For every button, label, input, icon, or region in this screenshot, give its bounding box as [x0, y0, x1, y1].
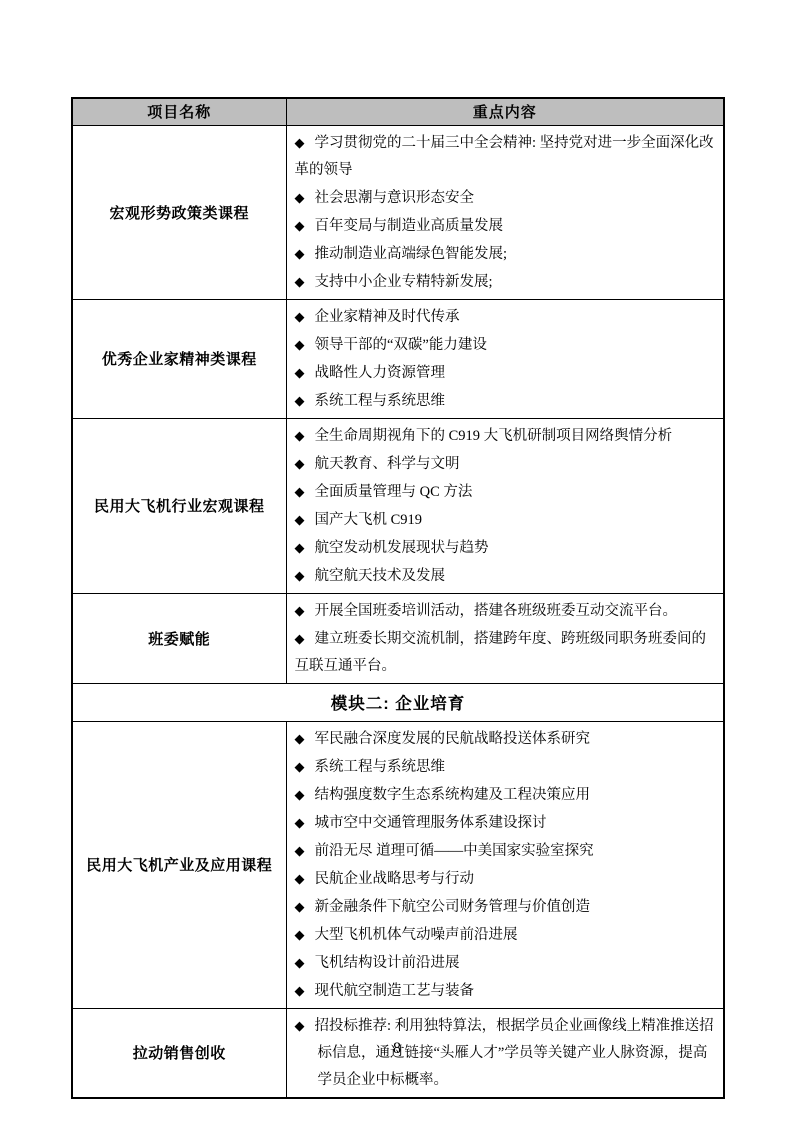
bullet-item: ◆百年变局与制造业高质量发展 [295, 212, 715, 240]
bullet-item-text: 建立班委长期交流机制，搭建跨年度、跨班级同职务班委间的互联互通平台。 [295, 631, 707, 674]
bullet-item: ◆新金融条件下航空公司财务管理与价值创造 [295, 893, 715, 921]
diamond-bullet-icon: ◆ [295, 274, 305, 289]
diamond-bullet-icon: ◆ [295, 309, 305, 324]
bullet-item-text: 飞机结构设计前沿进展 [315, 955, 460, 971]
bullet-item: ◆开展全国班委培训活动，搭建各班级班委互动交流平台。 [295, 597, 715, 625]
bullet-item: ◆航空航天技术及发展 [295, 562, 715, 590]
bullet-item: ◆军民融合深度发展的民航战略投送体系研究 [295, 725, 715, 753]
diamond-bullet-icon: ◆ [295, 843, 305, 858]
bullet-item-text: 战略性人力资源管理 [315, 365, 446, 381]
bullet-item-text: 开展全国班委培训活动，搭建各班级班委互动交流平台。 [315, 603, 678, 619]
diamond-bullet-icon: ◆ [295, 955, 305, 970]
row-content: ◆开展全国班委培训活动，搭建各班级班委互动交流平台。◆建立班委长期交流机制，搭建… [286, 593, 724, 683]
bullet-item-text: 航空发动机发展现状与趋势 [315, 540, 489, 556]
bullet-item-text: 结构强度数字生态系统构建及工程决策应用 [315, 787, 591, 803]
diamond-bullet-icon: ◆ [295, 393, 305, 408]
section-header: 模块二: 企业培育 [72, 683, 724, 721]
course-program-table: 项目名称 重点内容 宏观形势政策类课程 ◆学习贯彻党的二十届三中全会精神: 坚持… [71, 97, 725, 1099]
diamond-bullet-icon: ◆ [295, 456, 305, 471]
bullet-item-text: 百年变局与制造业高质量发展 [315, 218, 504, 234]
table-row: 宏观形势政策类课程 ◆学习贯彻党的二十届三中全会精神: 坚持党对进一步全面深化改… [72, 125, 724, 299]
bullet-item-text: 支持中小企业专精特新发展; [315, 274, 493, 290]
row-label: 民用大飞机产业及应用课程 [72, 721, 286, 1008]
bullet-item: ◆战略性人力资源管理 [295, 359, 715, 387]
bullet-item-text: 系统工程与系统思维 [315, 759, 446, 775]
diamond-bullet-icon: ◆ [295, 135, 305, 150]
bullet-item: ◆推动制造业高端绿色智能发展; [295, 240, 715, 268]
diamond-bullet-icon: ◆ [295, 190, 305, 205]
bullet-item: ◆建立班委长期交流机制，搭建跨年度、跨班级同职务班委间的互联互通平台。 [295, 625, 715, 680]
bullet-item: ◆航天教育、科学与文明 [295, 450, 715, 478]
bullet-item: ◆大型飞机机体气动噪声前沿进展 [295, 921, 715, 949]
bullet-item-text: 军民融合深度发展的民航战略投送体系研究 [315, 731, 591, 747]
bullet-item: ◆飞机结构设计前沿进展 [295, 949, 715, 977]
bullet-item-text: 社会思潮与意识形态安全 [315, 190, 475, 206]
bullet-item-text: 现代航空制造工艺与装备 [315, 983, 475, 999]
diamond-bullet-icon: ◆ [295, 568, 305, 583]
bullet-item: ◆国产大飞机 C919 [295, 506, 715, 534]
row-label: 班委赋能 [72, 593, 286, 683]
row-label: 宏观形势政策类课程 [72, 125, 286, 299]
table-header-row: 项目名称 重点内容 [72, 98, 724, 125]
diamond-bullet-icon: ◆ [295, 983, 305, 998]
row-content: ◆全生命周期视角下的 C919 大飞机研制项目网络舆情分析◆航天教育、科学与文明… [286, 418, 724, 593]
bullet-item: ◆前沿无尽 道理可循——中美国家实验室探究 [295, 837, 715, 865]
bullet-item-text: 系统工程与系统思维 [315, 393, 446, 409]
bullet-item: ◆企业家精神及时代传承 [295, 303, 715, 331]
section-header-row: 模块二: 企业培育 [72, 683, 724, 721]
row-label: 优秀企业家精神类课程 [72, 299, 286, 418]
diamond-bullet-icon: ◆ [295, 787, 305, 802]
diamond-bullet-icon: ◆ [295, 365, 305, 380]
bullet-item-text: 城市空中交通管理服务体系建设探讨 [315, 815, 547, 831]
bullet-item-text: 大型飞机机体气动噪声前沿进展 [315, 927, 518, 943]
bullet-item-text: 民航企业战略思考与行动 [315, 871, 475, 887]
bullet-item: ◆城市空中交通管理服务体系建设探讨 [295, 809, 715, 837]
diamond-bullet-icon: ◆ [295, 512, 305, 527]
diamond-bullet-icon: ◆ [295, 218, 305, 233]
diamond-bullet-icon: ◆ [295, 731, 305, 746]
diamond-bullet-icon: ◆ [295, 927, 305, 942]
diamond-bullet-icon: ◆ [295, 631, 305, 646]
bullet-item-text: 全面质量管理与 QC 方法 [315, 484, 473, 500]
bullet-item-text: 新金融条件下航空公司财务管理与价值创造 [315, 899, 591, 915]
table-row: 民用大飞机产业及应用课程 ◆军民融合深度发展的民航战略投送体系研究◆系统工程与系… [72, 721, 724, 1008]
bullet-item-text: 国产大飞机 C919 [315, 512, 423, 528]
diamond-bullet-icon: ◆ [295, 603, 305, 618]
bullet-item: ◆领导干部的“双碳”能力建设 [295, 331, 715, 359]
row-content: ◆军民融合深度发展的民航战略投送体系研究◆系统工程与系统思维◆结构强度数字生态系… [286, 721, 724, 1008]
bullet-item: ◆全面质量管理与 QC 方法 [295, 478, 715, 506]
bullet-item: ◆社会思潮与意识形态安全 [295, 184, 715, 212]
diamond-bullet-icon: ◆ [295, 815, 305, 830]
bullet-item: ◆系统工程与系统思维 [295, 387, 715, 415]
bullet-item: ◆全生命周期视角下的 C919 大飞机研制项目网络舆情分析 [295, 422, 715, 450]
bullet-item-text: 推动制造业高端绿色智能发展; [315, 246, 508, 262]
diamond-bullet-icon: ◆ [295, 1018, 305, 1033]
row-label: 民用大飞机行业宏观课程 [72, 418, 286, 593]
table-row: 优秀企业家精神类课程 ◆企业家精神及时代传承◆领导干部的“双碳”能力建设◆战略性… [72, 299, 724, 418]
bullet-item: ◆航空发动机发展现状与趋势 [295, 534, 715, 562]
row-content: ◆企业家精神及时代传承◆领导干部的“双碳”能力建设◆战略性人力资源管理◆系统工程… [286, 299, 724, 418]
row-content: ◆学习贯彻党的二十届三中全会精神: 坚持党对进一步全面深化改革的领导◆社会思潮与… [286, 125, 724, 299]
diamond-bullet-icon: ◆ [295, 759, 305, 774]
bullet-item: ◆支持中小企业专精特新发展; [295, 268, 715, 296]
diamond-bullet-icon: ◆ [295, 871, 305, 886]
bullet-item-text: 学习贯彻党的二十届三中全会精神: 坚持党对进一步全面深化改革的领导 [295, 135, 714, 178]
header-project-name: 项目名称 [72, 98, 286, 125]
bullet-item: ◆学习贯彻党的二十届三中全会精神: 坚持党对进一步全面深化改革的领导 [295, 129, 715, 184]
diamond-bullet-icon: ◆ [295, 899, 305, 914]
bullet-item: ◆民航企业战略思考与行动 [295, 865, 715, 893]
bullet-item-text: 航空航天技术及发展 [315, 568, 446, 584]
bullet-item-text: 前沿无尽 道理可循——中美国家实验室探究 [315, 843, 594, 859]
table-row: 民用大飞机行业宏观课程 ◆全生命周期视角下的 C919 大飞机研制项目网络舆情分… [72, 418, 724, 593]
document-page: { "bullet_glyph": "◆", "page": { "number… [0, 0, 794, 1123]
bullet-item-text: 领导干部的“双碳”能力建设 [315, 337, 487, 353]
bullet-item: ◆系统工程与系统思维 [295, 753, 715, 781]
table-row: 班委赋能 ◆开展全国班委培训活动，搭建各班级班委互动交流平台。◆建立班委长期交流… [72, 593, 724, 683]
diamond-bullet-icon: ◆ [295, 540, 305, 555]
diamond-bullet-icon: ◆ [295, 428, 305, 443]
header-key-content: 重点内容 [286, 98, 724, 125]
bullet-item-text: 航天教育、科学与文明 [315, 456, 460, 472]
page-number: 8 [0, 1040, 794, 1058]
bullet-item: ◆结构强度数字生态系统构建及工程决策应用 [295, 781, 715, 809]
bullet-item: ◆现代航空制造工艺与装备 [295, 977, 715, 1005]
bullet-item-text: 企业家精神及时代传承 [315, 309, 460, 325]
diamond-bullet-icon: ◆ [295, 484, 305, 499]
diamond-bullet-icon: ◆ [295, 337, 305, 352]
diamond-bullet-icon: ◆ [295, 246, 305, 261]
bullet-item-text: 全生命周期视角下的 C919 大飞机研制项目网络舆情分析 [315, 428, 673, 444]
